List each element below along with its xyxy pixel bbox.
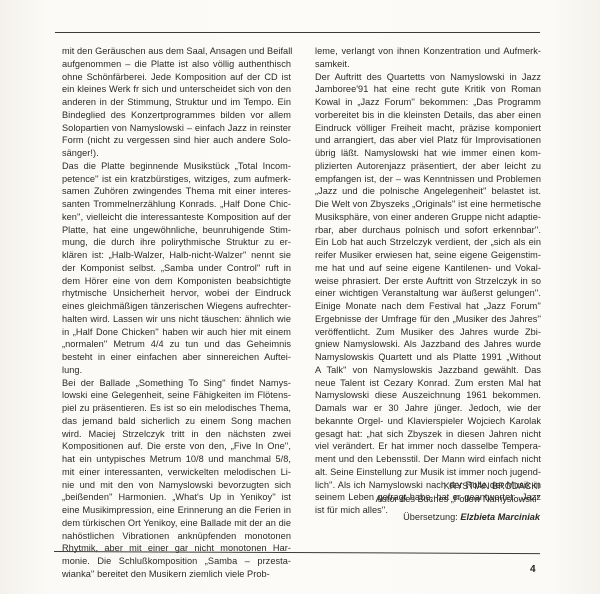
text-line: weise phrasiert. Der erste Auftritt von …: [315, 275, 541, 288]
text-line: Damals war er 30 Jahre jünger. Jedoch, w…: [315, 402, 541, 415]
text-line: Bindeglied des Konzertprogrammes bilden …: [62, 109, 291, 122]
text-line: sänger!).: [62, 147, 291, 160]
text-line: hat ein untypisches Metrum 10/8 und manc…: [62, 453, 291, 466]
text-line: me hat und auf seine eigene Kantilenen- …: [315, 262, 541, 275]
text-line: gniew Namyslowski. Als Jazzband des Jahr…: [315, 338, 541, 351]
translation-label: Übersetzung:: [403, 512, 460, 522]
text-line: Bei der Ballade „Something To Sing'' fin…: [62, 377, 291, 390]
left-column: mit den Geräuschen aus dem Saal, Ansagen…: [62, 45, 291, 581]
text-line: Jamboree'91 hat eine recht gute Kritik v…: [315, 83, 541, 96]
text-line: samkeit.: [315, 58, 541, 71]
text-line: rbar, aber durchaus polnisch und sofort …: [315, 224, 541, 237]
text-line: klären ist: „Halb-Walzer, Halb-nicht-Wal…: [62, 249, 291, 262]
text-line: halten wird. Lassen wir uns nicht täusch…: [62, 313, 291, 326]
text-line: der Komponist selbst. „Samba under Contr…: [62, 262, 291, 275]
text-line: alt. Seine Einstellung zur Musik ist imm…: [315, 466, 541, 479]
text-line: ken'', vielleicht die interessanteste Ko…: [62, 211, 291, 224]
author-title: Autor des Buches „Follow Namyslowski'': [376, 493, 540, 506]
text-line: mit einer interessanten, verwickelten me…: [62, 466, 291, 479]
text-line: Die Welt von Zbyszeks „Originals'' ist e…: [315, 198, 541, 211]
text-line: eine Musikimpression, eine Erinnerung an…: [62, 504, 291, 517]
text-line: ment und den Lebensstil. Der Mann wird e…: [315, 453, 541, 466]
text-line: Form (nicht zu vergessen sind hier auch …: [62, 134, 291, 147]
text-line: Namyslowskis Quartett und als Platte 199…: [315, 351, 541, 364]
right-column: leme, verlangt von ihnen Konzentration u…: [315, 45, 541, 517]
text-line: Eindruck völliger Freiheit macht, präzis…: [315, 122, 541, 135]
text-line: anderen in der Stimmung, Struktur und im…: [62, 96, 291, 109]
text-line: Namyslowski diese Auszeichnung 1961 beko…: [315, 389, 541, 402]
text-line: lung.: [62, 364, 291, 377]
text-line: Rhytmik, aber mit einer gar nicht monoto…: [62, 542, 291, 555]
text-line: Solopartien von Namyslowski – einfach Ja…: [62, 122, 291, 135]
text-line: reifer Musiker erwiesen hat, seine eigen…: [315, 249, 541, 262]
text-line: Einige Monate nach dem Festival hat „Jaz…: [315, 300, 541, 313]
text-line: ohne Schönfärberei. Jede Komposition auf…: [62, 71, 291, 84]
text-line: leme, verlangt von ihnen Konzentration u…: [315, 45, 541, 58]
text-line: dem türkischen Ort Yenikoy, eine Ballade…: [62, 517, 291, 530]
text-line: einer wichtigen Veranstaltung war äußers…: [315, 287, 541, 300]
text-line: Kowal in „Jazz Forum'' bekommen: „Das Pr…: [315, 96, 541, 109]
text-line: rhytmische Unsicherheit hervor, wobei de…: [62, 287, 291, 300]
translation-credit: Übersetzung: Elzbieta Marciniak: [403, 511, 540, 524]
text-line: viel verändert. Er hat immer noch dassel…: [315, 440, 541, 453]
text-line: mit den Geräuschen aus dem Saal, Ansagen…: [62, 45, 291, 58]
text-line: veröffentlicht. Zum Musiker des Jahres w…: [315, 326, 541, 339]
text-line: Ergebnisse der Umfrage für den „Musiker …: [315, 313, 541, 326]
text-line: lowski eine Gelegenheit, seine Fähigkeit…: [62, 389, 291, 402]
text-line: bekannte Orgel- und Klavierspieler Wojci…: [315, 415, 541, 428]
text-line: Das die Platte beginnende Musikstück „To…: [62, 160, 291, 173]
text-line: samen Zuhören zwingendes Thema mit einer…: [62, 185, 291, 198]
text-line: „beißenden'' Harmonien. „What's Up in Ye…: [62, 491, 291, 504]
text-line: petence'' ist ein kratzbürstiges, witzig…: [62, 173, 291, 186]
text-line: dem Hörer eine von dem Komponisten beabs…: [62, 275, 291, 288]
text-line: monie. Die Schlußkomposition „Samba – pr…: [62, 555, 291, 568]
text-line: Ein Lob hat auch Strzelczyk verdient, de…: [315, 236, 541, 249]
text-line: übrig läßt. Namyslowski hat wie immer ei…: [315, 147, 541, 160]
text-line: ein kleines Werk fr sich und unterscheid…: [62, 83, 291, 96]
translator-name: Elzbieta Marciniak: [460, 512, 540, 522]
text-line: Kompositionen auf. Die erste von den, „F…: [62, 440, 291, 453]
text-line: vorbereitet bis in die kleinsten Details…: [315, 109, 541, 122]
text-line: mung, die durch ihre polirythmische Stru…: [62, 236, 291, 249]
author-signature: KRYSTIAN BRODACKI Autor des Buches „Foll…: [376, 480, 540, 505]
text-line: santen Trommelnerzählung Konrads. „Half …: [62, 198, 291, 211]
text-line: das jemand bald sicherlich zu einem Song…: [62, 415, 291, 428]
text-line: aufgenommen – die Platte ist also völlig…: [62, 58, 291, 71]
text-line: besteht in einer einfachen aber sinnerei…: [62, 351, 291, 364]
text-line: Der Auftritt des Quartetts von Namyslows…: [315, 71, 541, 84]
text-line: Musiksphäre, von einer anderen Gruppe ni…: [315, 211, 541, 224]
text-line: in „Half Done Chicken'' haben wir auch h…: [62, 326, 291, 339]
text-line: A Talk'' von Namyslowskis Jazzband gewäh…: [315, 364, 541, 377]
page-number: 4: [530, 564, 536, 575]
text-line: empfangen ist, der – was Kenntnissen und…: [315, 173, 541, 186]
text-line: neue Talent ist Cezary Konrad. Zum erste…: [315, 377, 541, 390]
text-line: wianka'' bereitet den Musikern ziemlich …: [62, 568, 291, 581]
text-line: nie und mit den von Namyslowski bevorzug…: [62, 479, 291, 492]
text-line: „Jazz und die polnische Angelegenheit'' …: [315, 185, 541, 198]
text-line: Platte, hat eine ungewöhnliche, beunruhi…: [62, 224, 291, 237]
text-line: wird. Maciej Strzelczyk tritt in den näc…: [62, 428, 291, 441]
text-line: und arrangiert, das aber viel Platz für …: [315, 134, 541, 147]
author-name: KRYSTIAN BRODACKI: [376, 480, 540, 493]
text-line: gesagt hat: „hat sich Zbyszek in diesen …: [315, 428, 541, 441]
text-line: nahöstlichen Vibrationen anknüpfenden mo…: [62, 530, 291, 543]
text-line: „normalen'' Metrum 4/4 zu tun und das Ge…: [62, 338, 291, 351]
top-rule: [55, 32, 540, 33]
text-line: plizierten Autorenjazz präsentiert, der …: [315, 160, 541, 173]
text-line: piel zu präsentieren. Es ist so ein melo…: [62, 402, 291, 415]
text-line: eines gleichmäßigen tänzerischen Wiegens…: [62, 300, 291, 313]
